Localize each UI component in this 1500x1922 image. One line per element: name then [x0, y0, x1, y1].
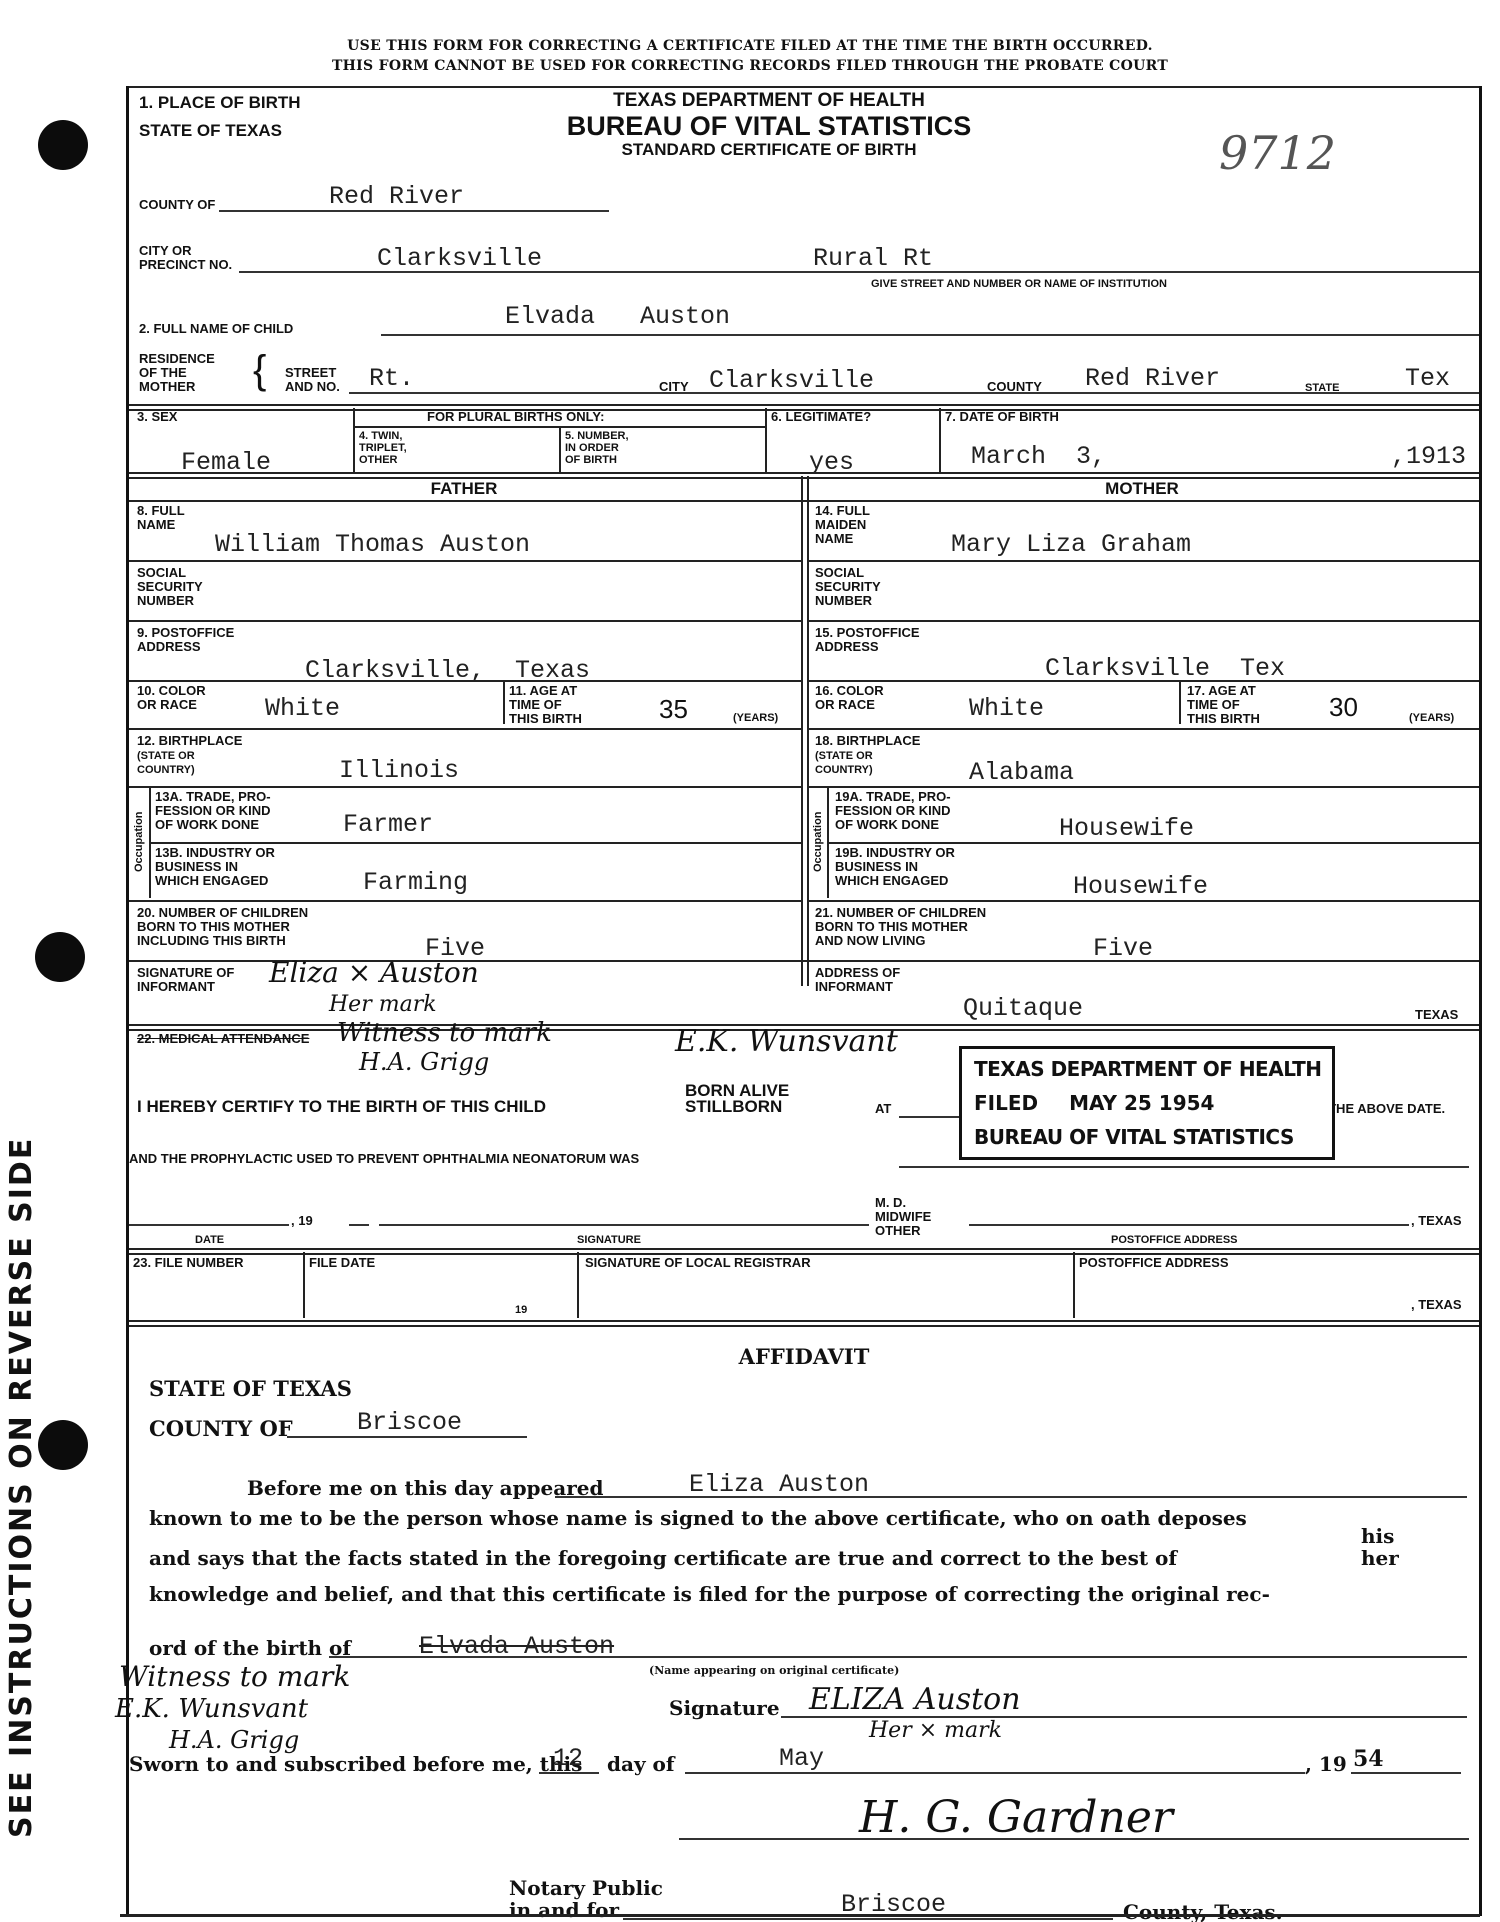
divider — [129, 786, 801, 788]
residence-label-2: OF THE — [139, 366, 187, 380]
medical-attendance-label: 22. MEDICAL ATTENDANCE — [137, 1032, 309, 1046]
father-race-label-1: 10. COLOR — [137, 684, 206, 698]
stillborn-label: STILLBORN — [685, 1098, 782, 1116]
divider — [809, 620, 1479, 622]
mother-trade-label-3: OF WORK DONE — [835, 818, 939, 832]
divider — [503, 682, 505, 724]
affidavit-county-label: COUNTY OF — [149, 1416, 293, 1441]
father-age-label-2: TIME OF — [509, 698, 562, 712]
divider — [129, 560, 801, 562]
children-living-value: Five — [1093, 934, 1153, 963]
residence-state-value: Tex — [1405, 364, 1450, 393]
father-race-label-2: OR RACE — [137, 698, 197, 712]
father-heading: FATHER — [129, 480, 799, 498]
divider — [129, 728, 801, 730]
father-address-label-2: ADDRESS — [137, 640, 201, 654]
residence-city-label: CITY — [659, 380, 689, 394]
father-ssn-label-2: SECURITY — [137, 580, 203, 594]
informant-address-label-1: ADDRESS OF — [815, 966, 900, 980]
divider — [809, 728, 1479, 730]
mother-occupation-side-label: Occupation — [812, 792, 824, 892]
divider — [809, 786, 1479, 788]
divider — [129, 500, 1479, 502]
place-of-birth-label: 1. PLACE OF BIRTH — [139, 94, 301, 112]
mother-birthplace-label-1: 18. BIRTHPLACE — [815, 734, 920, 748]
mother-ssn-label-1: SOCIAL — [815, 566, 864, 580]
affidavit-line-3: and says that the facts stated in the fo… — [149, 1546, 1177, 1570]
father-ssn-label-1: SOCIAL — [137, 566, 186, 580]
department-title: TEXAS DEPARTMENT OF HEALTH — [509, 90, 1029, 112]
father-age-label-1: 11. AGE AT — [509, 684, 577, 698]
child-name-value: Elvada Auston — [505, 302, 730, 331]
mother-name-label-2: MAIDEN — [815, 518, 866, 532]
at-label: AT — [875, 1102, 891, 1116]
affidavit-name-note: (Name appearing on original certificate) — [649, 1664, 899, 1677]
residence-city-value: Clarksville — [709, 366, 874, 395]
informant-signature: Eliza × Auston — [269, 956, 479, 989]
prophylactic-underline — [899, 1166, 1469, 1168]
mother-industry-label-3: WHICH ENGAGED — [835, 874, 948, 888]
mother-race-value: White — [969, 694, 1044, 723]
mother-race-label-2: OR RACE — [815, 698, 875, 712]
residence-county-label: COUNTY — [987, 380, 1042, 394]
children-born-label-3: INCLUDING THIS BIRTH — [137, 934, 286, 948]
registrar-signature-label: SIGNATURE OF LOCAL REGISTRAR — [585, 1256, 811, 1270]
residence-county-value: Red River — [1085, 364, 1220, 393]
side-note-text: SEE INSTRUCTIONS ON REVERSE SIDE — [4, 1135, 48, 1840]
father-age-label-3: THIS BIRTH — [509, 712, 582, 726]
mother-trade-label-1: 19A. TRADE, PRO- — [835, 790, 951, 804]
mother-age-label-1: 17. AGE AT — [1187, 684, 1256, 698]
affidavit-original-name: Elvada Auston — [419, 1632, 614, 1661]
mother-address-label-2: ADDRESS — [815, 640, 879, 654]
year-underline — [349, 1224, 369, 1226]
divider — [939, 408, 941, 472]
divider — [149, 842, 801, 844]
father-years-label: (YEARS) — [733, 712, 778, 724]
midwife-label: MIDWIFE — [875, 1210, 931, 1224]
center-divider — [801, 476, 803, 986]
informant-signature-label-2: INFORMANT — [137, 980, 215, 994]
bureau-title: BUREAU OF VITAL STATISTICS — [509, 112, 1029, 140]
divider — [129, 86, 1479, 88]
informant-signature-mark: Her mark — [329, 992, 437, 1017]
md-label: M. D. — [875, 1196, 906, 1210]
divider — [303, 1252, 305, 1318]
informant-address-label-2: INFORMANT — [815, 980, 893, 994]
header-note-line-2: THIS FORM CANNOT BE USED FOR CORRECTING … — [0, 58, 1500, 74]
children-living-label-1: 21. NUMBER OF CHILDREN — [815, 906, 986, 920]
father-trade-label-1: 13A. TRADE, PRO- — [155, 790, 271, 804]
stamp-line-3: BUREAU OF VITAL STATISTICS — [974, 1125, 1294, 1149]
affidavit-appeared-prefix: Before me on this day appeared — [247, 1476, 603, 1500]
father-race-value: White — [265, 694, 340, 723]
medical-witness-2: E.K. Wunsvant — [675, 1024, 898, 1059]
mother-years-label: (YEARS) — [1409, 712, 1454, 724]
residence-street-label-2: AND NO. — [285, 380, 340, 394]
divider — [129, 680, 801, 682]
sex-label: 3. SEX — [137, 410, 177, 424]
affidavit-county-value: Briscoe — [357, 1408, 462, 1437]
certify-text: I HEREBY CERTIFY TO THE BIRTH OF THIS CH… — [137, 1098, 546, 1116]
punch-hole — [38, 120, 88, 170]
order-label-2: IN ORDER — [565, 442, 619, 454]
punch-hole — [35, 932, 85, 982]
divider — [809, 680, 1479, 682]
divider — [129, 1320, 1479, 1327]
sworn-year-value: 54 — [1353, 1746, 1384, 1772]
child-name-label: 2. FULL NAME OF CHILD — [139, 322, 293, 336]
medical-witness-1: H.A. Grigg — [359, 1048, 489, 1076]
mother-age-label-2: TIME OF — [1187, 698, 1240, 712]
date-of-birth-value: March 3, — [971, 442, 1106, 471]
affidavit-line-5-prefix: ord of the birth of — [149, 1636, 351, 1660]
father-trade-label-3: OF WORK DONE — [155, 818, 259, 832]
notary-label-2: in and for — [509, 1898, 619, 1922]
handwritten-file-number: 9712 — [1219, 126, 1336, 180]
signature-label: SIGNATURE — [577, 1234, 641, 1246]
form-title: TEXAS DEPARTMENT OF HEALTH BUREAU OF VIT… — [509, 90, 1029, 160]
divider — [129, 900, 801, 902]
children-born-label-1: 20. NUMBER OF CHILDREN — [137, 906, 308, 920]
birth-year-value: ,1913 — [1391, 442, 1466, 471]
father-industry-label-1: 13B. INDUSTRY OR — [155, 846, 275, 860]
mother-birthplace-value: Alabama — [969, 758, 1074, 787]
affidavit-title: AFFIDAVIT — [129, 1344, 1479, 1369]
divider — [809, 560, 1479, 562]
city-label-2: PRECINCT NO. — [139, 258, 232, 272]
date-underline — [129, 1224, 289, 1226]
father-ssn-label-3: NUMBER — [137, 594, 194, 608]
notary-suffix: County, Texas. — [1123, 1900, 1283, 1922]
mother-industry-label-1: 19B. INDUSTRY OR — [835, 846, 955, 860]
father-age-value: 35 — [659, 694, 688, 725]
father-birthplace-label-3: COUNTRY) — [137, 764, 195, 776]
children-born-label-2: BORN TO THIS MOTHER — [137, 920, 290, 934]
sworn-line: Sworn to and subscribed before me, this — [129, 1752, 582, 1776]
affidavit-her: her — [1361, 1546, 1399, 1570]
sworn-year-underline — [1351, 1772, 1461, 1774]
mother-address-value: Clarksville Tex — [1045, 654, 1285, 683]
other-label: OTHER — [875, 1224, 921, 1238]
twin-label-1: 4. TWIN, — [359, 430, 402, 442]
sworn-month-value: May — [779, 1744, 824, 1773]
divider — [809, 900, 1479, 902]
informant-signature-label-1: SIGNATURE OF — [137, 966, 234, 980]
divider — [577, 1252, 579, 1318]
affidavit-signature: ELIZA Auston — [809, 1682, 1021, 1717]
mother-address-label-1: 15. POSTOFFICE — [815, 626, 920, 640]
father-name-label-1: 8. FULL — [137, 504, 185, 518]
bottom-border — [120, 1914, 1480, 1917]
center-divider — [807, 476, 809, 986]
brace-icon: { — [253, 348, 266, 392]
residence-label-3: MOTHER — [139, 380, 195, 394]
notary-signature: H. G. Gardner — [859, 1792, 1173, 1843]
mother-trade-label-2: FESSION OR KIND — [835, 804, 951, 818]
affidavit-signature-label: Signature — [669, 1696, 780, 1720]
divider — [765, 408, 767, 472]
sworn-day-value: 12 — [553, 1744, 583, 1773]
birth-certificate-form: 1. PLACE OF BIRTH STATE OF TEXAS TEXAS D… — [126, 86, 1482, 1916]
father-address-label-1: 9. POSTOFFICE — [137, 626, 234, 640]
medical-witness-note: Witness to mark — [337, 1018, 552, 1048]
divider — [827, 842, 1479, 844]
stamp-filed-date: MAY 25 1954 — [1069, 1091, 1214, 1115]
side-note: SEE INSTRUCTIONS ON REVERSE SIDE — [4, 1135, 48, 1840]
affidavit-signature-mark: Her × mark — [869, 1718, 1002, 1743]
mother-name-value: Mary Liza Graham — [951, 530, 1191, 559]
postoffice-underline — [969, 1224, 1409, 1226]
divider — [129, 1248, 1479, 1255]
sworn-month-underline — [685, 1772, 1305, 1774]
medical-texas-label: , TEXAS — [1411, 1214, 1462, 1228]
father-industry-label-2: BUSINESS IN — [155, 860, 238, 874]
mother-birthplace-label-2: (STATE OR — [815, 750, 873, 762]
father-birthplace-value: Illinois — [339, 756, 459, 785]
affidavit-his: his — [1361, 1524, 1394, 1548]
date-label: DATE — [195, 1234, 224, 1246]
sworn-prefix: Sworn to and subscribed before me, this — [129, 1752, 582, 1776]
order-label-1: 5. NUMBER, — [565, 430, 629, 442]
father-name-value: William Thomas Auston — [215, 530, 530, 559]
mother-industry-value: Housewife — [1073, 872, 1208, 901]
father-occupation-side-label: Occupation — [133, 792, 145, 892]
year-prefix: , 19 — [291, 1214, 313, 1228]
divider — [353, 408, 355, 472]
father-trade-value: Farmer — [343, 810, 433, 839]
residence-street-label-1: STREET — [285, 366, 336, 380]
registrar-postoffice-label: POSTOFFICE ADDRESS — [1079, 1256, 1229, 1270]
header-note-line-1: USE THIS FORM FOR CORRECTING A CERTIFICA… — [0, 38, 1500, 54]
city-value: Clarksville — [377, 244, 542, 273]
sworn-year-prefix: , 19 — [1305, 1752, 1347, 1776]
state-of-texas-label: STATE OF TEXAS — [139, 122, 282, 140]
filed-stamp: TEXAS DEPARTMENT OF HEALTH FILED MAY 25 … — [959, 1046, 1335, 1160]
affidavit-appeared-name: Eliza Auston — [689, 1470, 869, 1499]
plural-births-label: FOR PLURAL BIRTHS ONLY: — [427, 410, 604, 424]
file-date-label: FILE DATE — [309, 1256, 375, 1270]
informant-address-value: Quitaque — [963, 994, 1083, 1023]
residence-state-label: STATE — [1305, 382, 1339, 394]
informant-address-state: TEXAS — [1415, 1008, 1458, 1022]
postoffice-label: POSTOFFICE ADDRESS — [1111, 1234, 1238, 1246]
father-birthplace-label-1: 12. BIRTHPLACE — [137, 734, 242, 748]
order-label-3: OF BIRTH — [565, 454, 617, 466]
mother-industry-label-2: BUSINESS IN — [835, 860, 918, 874]
children-living-label-3: AND NOW LIVING — [815, 934, 926, 948]
twin-label-2: TRIPLET, — [359, 442, 407, 454]
mother-name-label-1: 14. FULL — [815, 504, 870, 518]
city-label-1: CITY OR — [139, 244, 192, 258]
date-of-birth-label: 7. DATE OF BIRTH — [945, 410, 1059, 424]
father-name-label-2: NAME — [137, 518, 175, 532]
county-value: Red River — [329, 182, 464, 211]
affidavit-state-line: STATE OF TEXAS — [149, 1376, 352, 1401]
mother-ssn-label-2: SECURITY — [815, 580, 881, 594]
notary-label-1: Notary Public — [509, 1876, 663, 1900]
divider — [1179, 682, 1181, 724]
mother-trade-value: Housewife — [1059, 814, 1194, 843]
stamp-line-2: FILED MAY 25 1954 — [974, 1091, 1214, 1115]
child-name-underline — [381, 334, 1479, 336]
file-year-prefix: 19 — [515, 1304, 527, 1316]
mother-ssn-label-3: NUMBER — [815, 594, 872, 608]
legitimate-label: 6. LEGITIMATE? — [771, 410, 871, 424]
divider — [559, 428, 561, 472]
stamp-line-1: TEXAS DEPARTMENT OF HEALTH — [974, 1057, 1322, 1081]
father-birthplace-label-2: (STATE OR — [137, 750, 195, 762]
stamp-filed-label: FILED — [974, 1091, 1038, 1115]
mother-age-label-3: THIS BIRTH — [1187, 712, 1260, 726]
signature-underline — [379, 1224, 869, 1226]
father-trade-label-2: FESSION OR KIND — [155, 804, 271, 818]
certificate-subtitle: STANDARD CERTIFICATE OF BIRTH — [509, 140, 1029, 160]
affidavit-witness-note: Witness to mark — [119, 1660, 350, 1693]
street-value: Rural Rt — [813, 244, 933, 273]
prophylactic-text: AND THE PROPHYLACTIC USED TO PREVENT OPH… — [129, 1152, 639, 1166]
affidavit-witness-2: H.A. Grigg — [169, 1726, 299, 1754]
residence-street-value: Rt. — [369, 364, 414, 393]
sworn-day-of-label: day of — [607, 1752, 674, 1776]
county-of-label: COUNTY OF — [139, 198, 215, 212]
mother-age-value: 30 — [1329, 692, 1358, 723]
affidavit-line-2: known to me to be the person whose name … — [149, 1506, 1247, 1530]
twin-label-3: OTHER — [359, 454, 398, 466]
father-industry-value: Farming — [363, 868, 468, 897]
file-number-label: 23. FILE NUMBER — [133, 1256, 244, 1270]
street-hint: GIVE STREET AND NUMBER OR NAME OF INSTIT… — [871, 278, 1167, 290]
divider — [1073, 1252, 1075, 1318]
mother-race-label-1: 16. COLOR — [815, 684, 884, 698]
divider — [129, 620, 801, 622]
mother-name-label-3: NAME — [815, 532, 853, 546]
divider — [129, 472, 1479, 479]
children-living-label-2: BORN TO THIS MOTHER — [815, 920, 968, 934]
mother-birthplace-label-3: COUNTRY) — [815, 764, 873, 776]
mother-heading: MOTHER — [805, 480, 1479, 498]
father-industry-label-3: WHICH ENGAGED — [155, 874, 268, 888]
residence-label-1: RESIDENCE — [139, 352, 215, 366]
registrar-texas-label: , TEXAS — [1411, 1298, 1462, 1312]
affidavit-line-4: knowledge and belief, and that this cert… — [149, 1582, 1270, 1606]
affidavit-witness-1: E.K. Wunsvant — [115, 1694, 308, 1724]
